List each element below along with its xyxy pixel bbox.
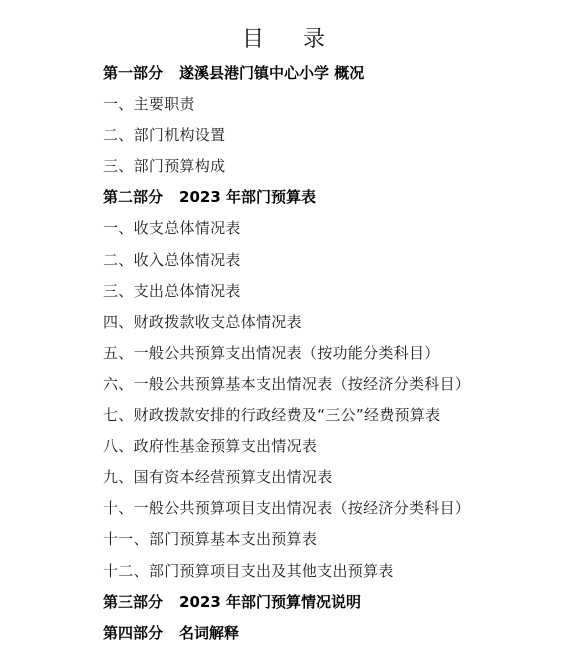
part-label: 2023 年部门预算情况说明 [179, 593, 361, 611]
toc-part-4[interactable]: 第四部分名词解释 [103, 620, 470, 648]
toc-item[interactable]: 十二、部门预算项目支出及其他支出预算表 [103, 558, 470, 589]
toc-item[interactable]: 五、一般公共预算支出情况表（按功能分类科目） [103, 340, 470, 371]
toc-item[interactable]: 十一、部门预算基本支出预算表 [103, 526, 470, 557]
part-number: 第四部分 [103, 620, 163, 647]
document-page: 目 录 第一部分遂溪县港门镇中心小学 概况 一、主要职责 二、部门机构设置 三、… [0, 0, 567, 648]
part-label: 名词解释 [179, 624, 239, 642]
part-number: 第一部分 [103, 60, 163, 87]
toc-item[interactable]: 二、收入总体情况表 [103, 247, 470, 278]
toc-part-2[interactable]: 第二部分2023 年部门预算表 [103, 184, 470, 215]
toc-part-3[interactable]: 第三部分2023 年部门预算情况说明 [103, 589, 470, 620]
toc-item[interactable]: 三、支出总体情况表 [103, 278, 470, 309]
toc-part-1[interactable]: 第一部分遂溪县港门镇中心小学 概况 [103, 60, 470, 91]
toc-item[interactable]: 六、一般公共预算基本支出情况表（按经济分类科目） [103, 371, 470, 402]
toc-item[interactable]: 九、国有资本经营预算支出情况表 [103, 464, 470, 495]
toc-item[interactable]: 七、财政拨款安排的行政经费及“三公”经费预算表 [103, 402, 470, 433]
toc-item[interactable]: 三、部门预算构成 [103, 153, 470, 184]
toc-item[interactable]: 四、财政拨款收支总体情况表 [103, 309, 470, 340]
toc-item[interactable]: 一、收支总体情况表 [103, 215, 470, 246]
part-label: 遂溪县港门镇中心小学 概况 [179, 64, 364, 82]
part-number: 第三部分 [103, 589, 163, 616]
toc-item[interactable]: 十、一般公共预算项目支出情况表（按经济分类科目） [103, 495, 470, 526]
toc-item[interactable]: 八、政府性基金预算支出情况表 [103, 433, 470, 464]
toc-title: 目 录 [0, 26, 567, 54]
part-number: 第二部分 [103, 184, 163, 211]
table-of-contents: 第一部分遂溪县港门镇中心小学 概况 一、主要职责 二、部门机构设置 三、部门预算… [103, 60, 470, 648]
toc-item[interactable]: 二、部门机构设置 [103, 122, 470, 153]
part-label: 2023 年部门预算表 [179, 188, 316, 206]
toc-item[interactable]: 一、主要职责 [103, 91, 470, 122]
